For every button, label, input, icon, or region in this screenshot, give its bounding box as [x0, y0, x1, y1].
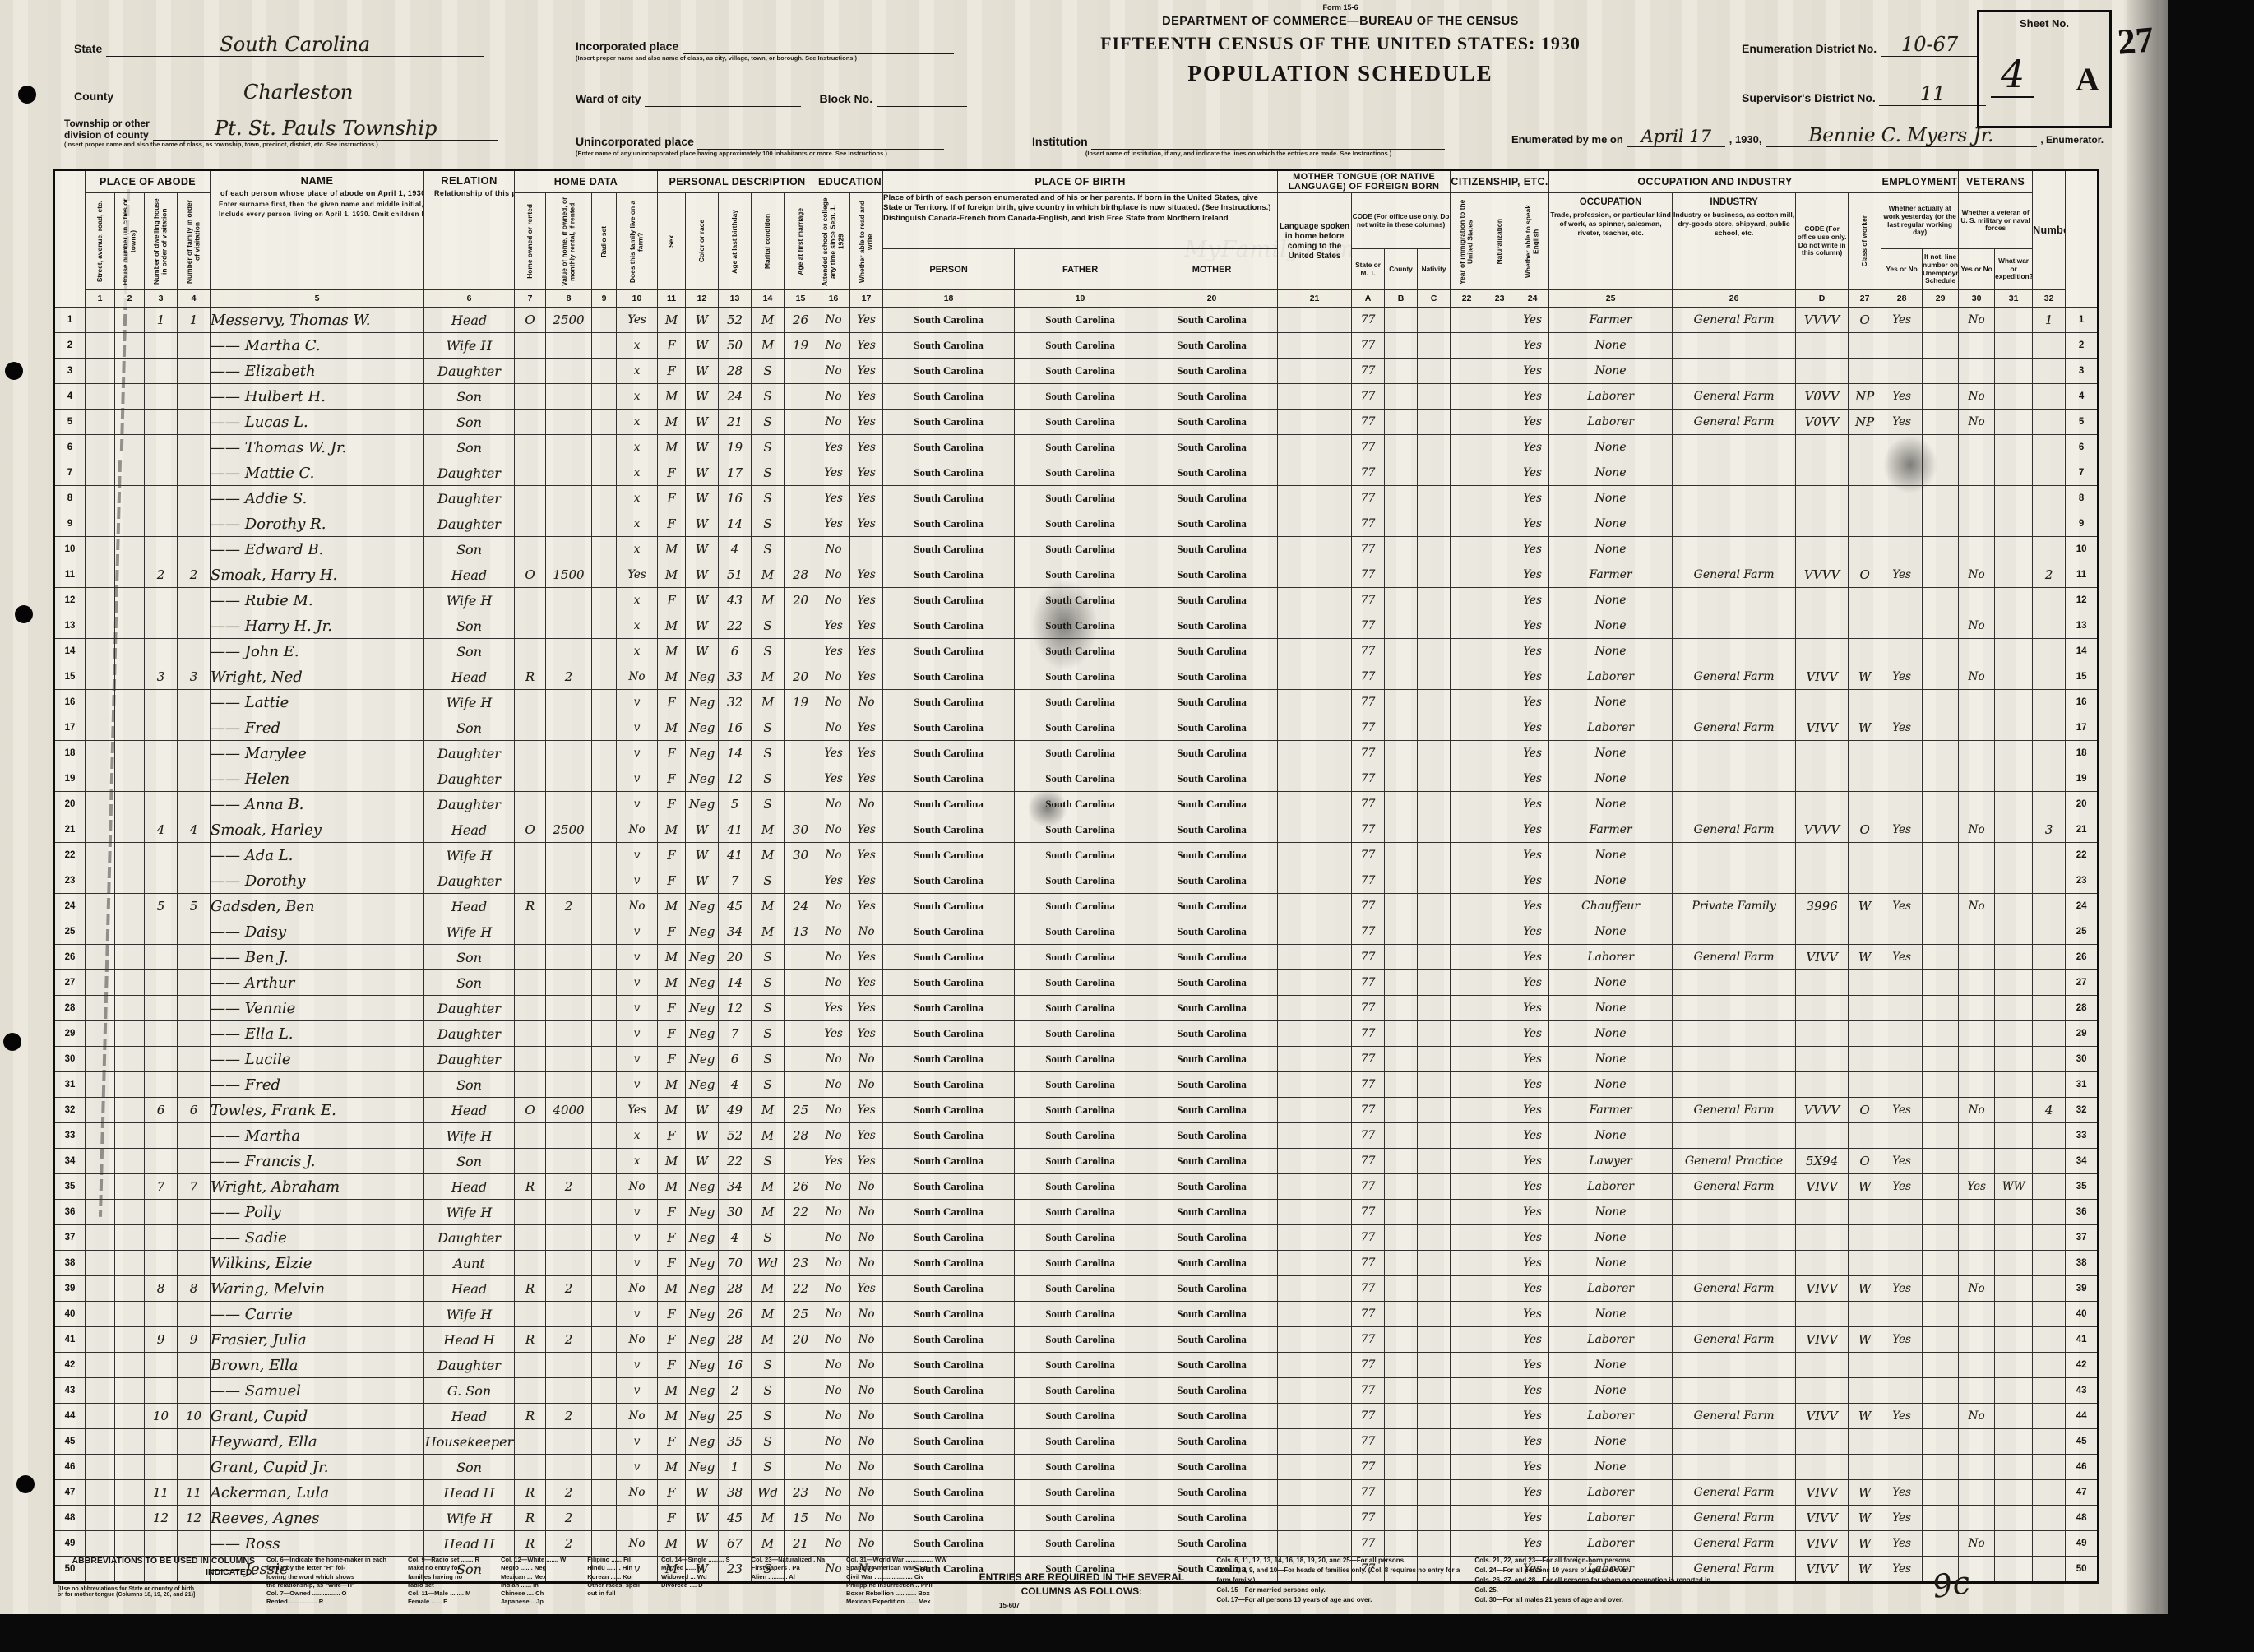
cell: M — [658, 435, 686, 460]
cell — [1278, 843, 1352, 868]
cell — [1673, 511, 1796, 537]
cell: 77 — [1352, 690, 1385, 715]
cell: v — [617, 1200, 658, 1225]
cell: 77 — [1352, 1353, 1385, 1378]
cell — [1959, 1353, 1995, 1378]
cell — [1923, 537, 1959, 562]
enumeration-district-field: Enumeration District No. 10-67 — [1742, 33, 1979, 57]
table-row: 2455Gadsden, BenHeadR2NoMNeg45M24NoYesSo… — [54, 894, 2099, 919]
cell — [1418, 308, 1451, 333]
cell: South Carolina — [1015, 562, 1146, 588]
cell — [1418, 1455, 1451, 1480]
cell: Neg — [686, 690, 719, 715]
cell: No — [817, 562, 850, 588]
cell — [1881, 1072, 1923, 1098]
cell — [1278, 996, 1352, 1021]
cell — [1959, 1429, 1995, 1455]
cell: x — [617, 359, 658, 384]
cell: Yes — [1881, 1098, 1923, 1123]
cell: v — [617, 868, 658, 894]
cell: F — [658, 868, 686, 894]
cell: —— Martha C. — [211, 333, 424, 359]
cell — [1418, 1047, 1451, 1072]
cell — [1418, 435, 1451, 460]
group-place-of-birth: PLACE OF BIRTH — [883, 170, 1278, 193]
cell: Neg — [686, 715, 719, 741]
cell — [1995, 766, 2033, 792]
cell — [785, 792, 817, 817]
cell — [1959, 1480, 1995, 1506]
cell — [178, 460, 211, 486]
cell — [1418, 1174, 1451, 1200]
cell: 30 — [785, 843, 817, 868]
cell: 6 — [178, 1098, 211, 1123]
cell: South Carolina — [1015, 868, 1146, 894]
cell: S — [752, 1455, 785, 1480]
cell: NP — [1849, 384, 1881, 410]
cell: Yes — [1516, 919, 1549, 945]
requirements-right: Cols. 21, 22, and 23—For all foreign-bor… — [1474, 1556, 1721, 1605]
cell — [1278, 1098, 1352, 1123]
cell: Yes — [1516, 1047, 1549, 1072]
cell: M — [658, 894, 686, 919]
cell: South Carolina — [1146, 792, 1278, 817]
abbr-line: out in full — [587, 1590, 640, 1598]
cell — [1796, 1353, 1849, 1378]
group-occupation-industry: OCCUPATION AND INDUSTRY — [1549, 170, 1881, 193]
table-row: 3988Waring, MelvinHeadR2NoMNeg28M22NoYes… — [54, 1276, 2099, 1302]
cell: Neg — [686, 1251, 719, 1276]
cell: S — [752, 511, 785, 537]
cell: S — [752, 460, 785, 486]
cell — [592, 1455, 617, 1480]
cell — [515, 715, 546, 741]
cell: Yes — [850, 868, 883, 894]
cell — [1483, 460, 1516, 486]
cell: South Carolina — [883, 1353, 1015, 1378]
cell: No — [1959, 1404, 1995, 1429]
cell — [2033, 588, 2066, 613]
cell — [1923, 1225, 1959, 1251]
cell — [1278, 1353, 1352, 1378]
cell — [546, 1047, 592, 1072]
cell — [1673, 690, 1796, 715]
township-label: Township or other — [64, 118, 150, 129]
cell: 28 — [785, 1123, 817, 1149]
cell — [1959, 1302, 1995, 1327]
cell — [1418, 511, 1451, 537]
column-number-row: 123456789101112131415161718192021ABC2223… — [54, 290, 2099, 308]
line-number: 12 — [54, 588, 86, 613]
cell — [115, 1072, 145, 1098]
cell — [1881, 639, 1923, 664]
cell: S — [752, 639, 785, 664]
line-number: 4 — [2066, 384, 2099, 410]
col-dwelling-number: Number of dwelling house in order of vis… — [145, 193, 178, 290]
col-lives-on-farm: Does this family live on a farm? — [617, 193, 658, 290]
column-number: 6 — [424, 290, 515, 308]
cell: —— John E. — [211, 639, 424, 664]
line-number: 22 — [2066, 843, 2099, 868]
cell — [1673, 613, 1796, 639]
cell: Son — [424, 537, 515, 562]
cell — [515, 996, 546, 1021]
cell: General Farm — [1673, 1531, 1796, 1557]
cell — [178, 410, 211, 435]
cell — [2033, 1149, 2066, 1174]
cell: Yes — [850, 333, 883, 359]
cell — [1385, 741, 1418, 766]
cell: F — [658, 333, 686, 359]
abbr-line: Make no entry for — [408, 1564, 479, 1572]
cell: VIVV — [1796, 1276, 1849, 1302]
column-number: 2 — [115, 290, 145, 308]
incorporated-field: Incorporated place (Insert proper name a… — [576, 39, 954, 62]
enumerated-by-line: Enumerated by me on April 17 , 1930, Ben… — [1511, 125, 2104, 147]
cell: South Carolina — [883, 1200, 1015, 1225]
cell: Yes — [850, 486, 883, 511]
sup-district-label: Supervisor's District No. — [1742, 91, 1876, 104]
cell: M — [658, 1098, 686, 1123]
requirement-line: Cols. 7, 8, 9, and 10—For heads of famil… — [1216, 1566, 1463, 1585]
cell: Neg — [686, 1021, 719, 1047]
cell — [1278, 1480, 1352, 1506]
cell: Daughter — [424, 1047, 515, 1072]
column-number: 14 — [752, 290, 785, 308]
cell — [178, 1225, 211, 1251]
cell: Laborer — [1549, 384, 1673, 410]
cell: v — [617, 1021, 658, 1047]
cell: No — [850, 1353, 883, 1378]
cell — [1673, 1123, 1796, 1149]
cell: Wd — [752, 1480, 785, 1506]
cell — [515, 537, 546, 562]
cell: South Carolina — [1146, 1531, 1278, 1557]
cell: 77 — [1352, 741, 1385, 766]
cell — [1995, 1302, 2033, 1327]
line-number: 23 — [54, 868, 86, 894]
cell — [1995, 868, 2033, 894]
table-row: 111Messervy, Thomas W.HeadO2500YesMW52M2… — [54, 308, 2099, 333]
cell: South Carolina — [1146, 1021, 1278, 1047]
cell: 10 — [145, 1404, 178, 1429]
cell — [178, 868, 211, 894]
cell — [1418, 460, 1451, 486]
line-number: 20 — [54, 792, 86, 817]
abbr-column: Filipino ...... FilHindu ........ HinKor… — [587, 1556, 640, 1607]
cell — [1881, 741, 1923, 766]
column-number: 10 — [617, 290, 658, 308]
cell: No — [850, 1174, 883, 1200]
cell: General Farm — [1673, 1480, 1796, 1506]
cell: No — [850, 1225, 883, 1251]
cell — [1278, 613, 1352, 639]
cell — [592, 1098, 617, 1123]
cell: South Carolina — [883, 1047, 1015, 1072]
cell: W — [686, 817, 719, 843]
table-row: 30—— LucileDaughtervFNeg6SNoNoSouth Caro… — [54, 1047, 2099, 1072]
cell — [1483, 562, 1516, 588]
abbr-line: Married ...... M — [661, 1564, 730, 1572]
cell: F — [658, 588, 686, 613]
cell: Head — [424, 308, 515, 333]
institution-label: Institution — [1032, 135, 1088, 148]
cell — [1923, 613, 1959, 639]
cell — [145, 1531, 178, 1557]
cell — [515, 613, 546, 639]
column-number: 15 — [785, 290, 817, 308]
cell — [1796, 868, 1849, 894]
cell: Daughter — [424, 1021, 515, 1047]
cell: v — [617, 996, 658, 1021]
cell: South Carolina — [883, 1480, 1015, 1506]
line-number: 49 — [2066, 1531, 2099, 1557]
cell: South Carolina — [1015, 435, 1146, 460]
cell: Yes — [817, 486, 850, 511]
cell: W — [1849, 664, 1881, 690]
cell — [1959, 486, 1995, 511]
cell — [1451, 359, 1483, 384]
cell: South Carolina — [1015, 486, 1146, 511]
table-row: 12—— Rubie M.Wife HxFW43M20NoYesSouth Ca… — [54, 588, 2099, 613]
cell: M — [658, 1455, 686, 1480]
cell: Neg — [686, 1174, 719, 1200]
cell — [592, 1021, 617, 1047]
cell — [1673, 359, 1796, 384]
cell — [1995, 817, 2033, 843]
cell — [2033, 1506, 2066, 1531]
column-number: 12 — [686, 290, 719, 308]
cell: —— Ella L. — [211, 1021, 424, 1047]
col-code-b: County — [1385, 249, 1418, 290]
cell — [1881, 1225, 1923, 1251]
cell: General Farm — [1673, 410, 1796, 435]
cell — [1451, 588, 1483, 613]
cell — [86, 766, 115, 792]
cell: Son — [424, 1072, 515, 1098]
cell — [1881, 1378, 1923, 1404]
requirements-left: Cols. 6, 11, 12, 13, 14, 16, 18, 19, 20,… — [1216, 1556, 1463, 1605]
cell — [1451, 562, 1483, 588]
cell — [2033, 792, 2066, 817]
cell — [1881, 792, 1923, 817]
cell — [86, 333, 115, 359]
cell: South Carolina — [883, 792, 1015, 817]
cell — [1796, 843, 1849, 868]
cell: None — [1549, 511, 1673, 537]
cell: v — [617, 1047, 658, 1072]
cell: General Farm — [1673, 308, 1796, 333]
abbr-line: radio set — [408, 1581, 479, 1590]
cell — [515, 1021, 546, 1047]
cell: 5 — [178, 894, 211, 919]
cell: Yes — [817, 996, 850, 1021]
cell: South Carolina — [1146, 868, 1278, 894]
cell: 77 — [1352, 1506, 1385, 1531]
cell: F — [658, 1123, 686, 1149]
punch-hole — [3, 1033, 21, 1051]
cell: Housekeeper — [424, 1429, 515, 1455]
table-row: 16—— LattieWife HvFNeg32M19NoNoSouth Car… — [54, 690, 2099, 715]
name-column-header: NAME of each person whose place of abode… — [211, 170, 424, 290]
cell — [785, 970, 817, 996]
cell — [145, 690, 178, 715]
line-number: 7 — [2066, 460, 2099, 486]
cell — [1483, 588, 1516, 613]
cell — [546, 715, 592, 741]
cell: Yes — [817, 1149, 850, 1174]
cell: R — [515, 1404, 546, 1429]
abbr-line: Col. 12—White ....... W — [501, 1556, 566, 1564]
cell — [515, 410, 546, 435]
cell — [2033, 1225, 2066, 1251]
cell — [1849, 588, 1881, 613]
cell — [1418, 562, 1451, 588]
cell — [1385, 359, 1418, 384]
cell: Wife H — [424, 1506, 515, 1531]
cell: Farmer — [1549, 308, 1673, 333]
cell: South Carolina — [883, 1327, 1015, 1353]
table-row: 38Wilkins, ElzieAuntvFNeg70Wd23NoNoSouth… — [54, 1251, 2099, 1276]
cell — [1418, 1225, 1451, 1251]
cell: 3 — [178, 664, 211, 690]
cell: No — [817, 1251, 850, 1276]
cell — [1796, 970, 1849, 996]
cell — [1278, 359, 1352, 384]
abbr-line: Col. 11—Male ........ M — [408, 1590, 479, 1598]
col-language: Language spoken in home before coming to… — [1278, 193, 1352, 290]
cell: Yes — [850, 308, 883, 333]
cell — [1995, 894, 2033, 919]
cell: Yes — [1516, 996, 1549, 1021]
cell: No — [617, 1276, 658, 1302]
cell — [1959, 945, 1995, 970]
cell — [1849, 359, 1881, 384]
cell — [178, 639, 211, 664]
cell: Yes — [1516, 486, 1549, 511]
cell: v — [617, 970, 658, 996]
cell: Yes — [850, 715, 883, 741]
cell — [1881, 766, 1923, 792]
cell — [1418, 741, 1451, 766]
cell: 49 — [719, 1098, 752, 1123]
cell — [592, 410, 617, 435]
cell: No — [817, 1302, 850, 1327]
cell: 4 — [178, 817, 211, 843]
cell: 2 — [546, 1404, 592, 1429]
cell — [1923, 1353, 1959, 1378]
cell: 26 — [719, 1302, 752, 1327]
cell — [515, 435, 546, 460]
cell: 77 — [1352, 537, 1385, 562]
cell: 24 — [719, 384, 752, 410]
cell: No — [817, 1047, 850, 1072]
cell — [592, 537, 617, 562]
abbr-column: Col. 23—Naturalized . NaFirst papers . P… — [752, 1556, 825, 1607]
line-number: 2 — [54, 333, 86, 359]
cell — [1385, 1174, 1418, 1200]
cell — [1483, 1149, 1516, 1174]
line-number: 20 — [2066, 792, 2099, 817]
cell: General Farm — [1673, 945, 1796, 970]
cell: Laborer — [1549, 715, 1673, 741]
cell — [1483, 1098, 1516, 1123]
cell — [1881, 1021, 1923, 1047]
cell: Head H — [424, 1480, 515, 1506]
cell — [1849, 613, 1881, 639]
column-number: 31 — [1995, 290, 2033, 308]
enumerator-name: Bennie C. Myers Jr. — [1808, 125, 1993, 146]
cell — [1923, 486, 1959, 511]
col-home-value: Value of home, if owned, or monthly rent… — [546, 193, 592, 290]
line-number: 6 — [2066, 435, 2099, 460]
cell: M — [658, 1149, 686, 1174]
cell: x — [617, 486, 658, 511]
cell — [515, 1225, 546, 1251]
cell — [145, 970, 178, 996]
cell — [1418, 1021, 1451, 1047]
cell: —— Arthur — [211, 970, 424, 996]
cell — [1673, 1072, 1796, 1098]
cell — [1451, 1404, 1483, 1429]
cell — [86, 1404, 115, 1429]
cell — [115, 359, 145, 384]
cell: S — [752, 384, 785, 410]
cell — [1995, 1251, 2033, 1276]
cell — [592, 1251, 617, 1276]
cell: Daughter — [424, 996, 515, 1021]
cell: None — [1549, 1072, 1673, 1098]
line-number: 24 — [54, 894, 86, 919]
cell: South Carolina — [883, 1225, 1015, 1251]
cell: M — [658, 1276, 686, 1302]
cell: 20 — [719, 945, 752, 970]
cell: 77 — [1352, 1404, 1385, 1429]
cell: South Carolina — [883, 1098, 1015, 1123]
cell — [1483, 308, 1516, 333]
cell: South Carolina — [883, 1251, 1015, 1276]
cell — [1959, 996, 1995, 1021]
cell: —— Thomas W. Jr. — [211, 435, 424, 460]
cell: 7 — [719, 868, 752, 894]
cell: 19 — [785, 690, 817, 715]
cell: 2 — [546, 1174, 592, 1200]
cell — [1881, 1455, 1923, 1480]
cell — [178, 384, 211, 410]
cell: 14 — [719, 970, 752, 996]
line-number-column-header — [54, 170, 86, 308]
cell: South Carolina — [883, 1378, 1015, 1404]
cell: South Carolina — [1146, 741, 1278, 766]
cell — [2033, 1302, 2066, 1327]
cell: South Carolina — [1015, 1225, 1146, 1251]
cell — [1278, 1404, 1352, 1429]
cell — [1385, 970, 1418, 996]
cell: South Carolina — [883, 537, 1015, 562]
cell — [1385, 1251, 1418, 1276]
cell: S — [752, 1149, 785, 1174]
punch-hole — [18, 86, 36, 104]
cell: 19 — [785, 333, 817, 359]
cell: Farmer — [1549, 1098, 1673, 1123]
cell — [86, 562, 115, 588]
cell: General Farm — [1673, 1276, 1796, 1302]
cell — [515, 945, 546, 970]
cell: No — [817, 817, 850, 843]
cell: 20 — [785, 664, 817, 690]
cell — [1923, 1149, 1959, 1174]
cell — [592, 333, 617, 359]
